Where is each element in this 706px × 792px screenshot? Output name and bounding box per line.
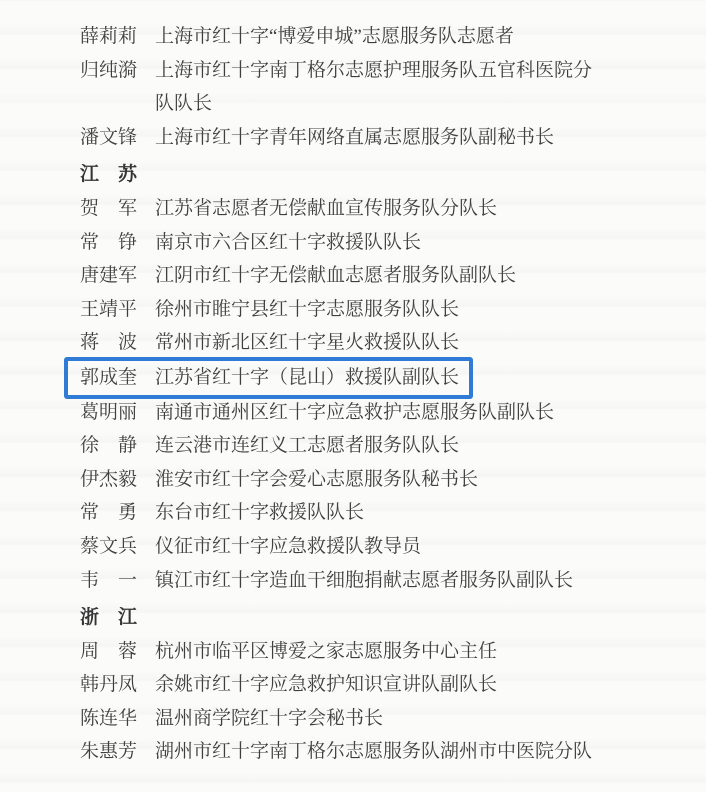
row-inner: 王靖平徐州市睢宁县红十字志愿服务队队长 — [80, 293, 678, 327]
entry-name: 常铮 — [80, 226, 137, 260]
row-inner: 常铮南京市六合区红十字救援队队长 — [80, 226, 678, 260]
entry-row: 周蓉杭州市临平区博爱之家志愿服务中心主任 — [80, 635, 678, 669]
entry-row: 潘文锋上海市红十字青年网络直属志愿服务队副秘书长 — [80, 121, 678, 155]
entry-row: 薛莉莉上海市红十字“博爱申城”志愿服务队志愿者 — [80, 20, 678, 54]
section-title: 江苏 — [80, 158, 137, 192]
rows: 薛莉莉上海市红十字“博爱申城”志愿服务队志愿者归纯漪上海市红十字南丁格尔志愿护理… — [80, 20, 678, 769]
highlight-box: 郭成奎江苏省红十字（昆山）救援队副队长 — [64, 357, 473, 399]
entry-row: 葛明丽南通市通州区红十字应急救护志愿服务队副队长 — [80, 396, 678, 430]
row-inner: 浙江 — [80, 601, 678, 635]
entry-row: 唐建军江阴市红十字无偿献血志愿者服务队副队长 — [80, 259, 678, 293]
section-header-row: 江苏 — [80, 158, 678, 192]
row-inner: 薛莉莉上海市红十字“博爱申城”志愿服务队志愿者 — [80, 20, 678, 54]
entry-row: 朱惠芳湖州市红十字南丁格尔志愿服务队湖州市中医院分队 — [80, 735, 678, 769]
entry-name: 薛莉莉 — [80, 20, 137, 54]
entry-description: 南通市通州区红十字应急救护志愿服务队副队长 — [155, 396, 554, 430]
entry-description: 上海市红十字南丁格尔志愿护理服务队五官科医院分 队队长 — [155, 54, 592, 121]
entry-row: 徐静连云港市连红义工志愿者服务队队长 — [80, 429, 678, 463]
row-inner: 江苏 — [80, 158, 678, 192]
entry-row: 伊杰毅淮安市红十字会爱心志愿服务队秘书长 — [80, 463, 678, 497]
entry-description: 仪征市红十字应急救援队教导员 — [155, 530, 421, 564]
entry-row: 蒋波常州市新北区红十字星火救援队队长 — [80, 326, 678, 360]
entry-row: 归纯漪上海市红十字南丁格尔志愿护理服务队五官科医院分 队队长 — [80, 54, 678, 121]
entry-name: 郭成奎 — [80, 361, 137, 395]
entry-name: 蔡文兵 — [80, 530, 137, 564]
entry-description: 常州市新北区红十字星火救援队队长 — [155, 326, 459, 360]
row-inner: 唐建军江阴市红十字无偿献血志愿者服务队副队长 — [80, 259, 678, 293]
entry-name: 潘文锋 — [80, 121, 137, 155]
entry-row: 郭成奎江苏省红十字（昆山）救援队副队长 — [80, 360, 678, 396]
entry-description: 上海市红十字“博爱申城”志愿服务队志愿者 — [155, 20, 514, 54]
entry-name: 韦一 — [80, 564, 137, 598]
row-inner: 潘文锋上海市红十字青年网络直属志愿服务队副秘书长 — [80, 121, 678, 155]
section-header-row: 浙江 — [80, 601, 678, 635]
entry-name: 周蓉 — [80, 635, 137, 669]
entry-row: 常勇东台市红十字救援队队长 — [80, 496, 678, 530]
entry-name: 朱惠芳 — [80, 735, 137, 769]
row-inner: 常勇东台市红十字救援队队长 — [80, 496, 678, 530]
entry-description: 淮安市红十字会爱心志愿服务队秘书长 — [155, 463, 478, 497]
entry-row: 韦一镇江市红十字造血干细胞捐献志愿者服务队副队长 — [80, 564, 678, 598]
section-title: 浙江 — [80, 601, 137, 635]
entry-name: 唐建军 — [80, 259, 137, 293]
entry-description: 杭州市临平区博爱之家志愿服务中心主任 — [155, 635, 497, 669]
entry-name: 伊杰毅 — [80, 463, 137, 497]
entry-description: 江苏省红十字（昆山）救援队副队长 — [155, 361, 459, 395]
entry-name: 陈连华 — [80, 702, 137, 736]
row-inner: 蒋波常州市新北区红十字星火救援队队长 — [80, 326, 678, 360]
entry-description: 温州商学院红十字会秘书长 — [155, 702, 383, 736]
entry-name: 葛明丽 — [80, 396, 137, 430]
entry-name: 贺军 — [80, 192, 137, 226]
entry-description: 上海市红十字青年网络直属志愿服务队副秘书长 — [155, 121, 554, 155]
row-inner: 伊杰毅淮安市红十字会爱心志愿服务队秘书长 — [80, 463, 678, 497]
entry-name: 王靖平 — [80, 293, 137, 327]
row-inner: 贺军江苏省志愿者无偿献血宣传服务队分队长 — [80, 192, 678, 226]
entry-description: 连云港市连红义工志愿者服务队队长 — [155, 429, 459, 463]
entry-description: 镇江市红十字造血干细胞捐献志愿者服务队副队长 — [155, 564, 573, 598]
entry-row: 王靖平徐州市睢宁县红十字志愿服务队队长 — [80, 293, 678, 327]
entry-row: 陈连华温州商学院红十字会秘书长 — [80, 702, 678, 736]
entry-row: 贺军江苏省志愿者无偿献血宣传服务队分队长 — [80, 192, 678, 226]
entry-name: 归纯漪 — [80, 54, 137, 88]
entry-description: 徐州市睢宁县红十字志愿服务队队长 — [155, 293, 459, 327]
row-inner: 蔡文兵仪征市红十字应急救援队教导员 — [80, 530, 678, 564]
document-page: 薛莉莉上海市红十字“博爱申城”志愿服务队志愿者归纯漪上海市红十字南丁格尔志愿护理… — [0, 0, 706, 792]
row-inner: 葛明丽南通市通州区红十字应急救护志愿服务队副队长 — [80, 396, 678, 430]
entry-name: 徐静 — [80, 429, 137, 463]
row-inner: 徐静连云港市连红义工志愿者服务队队长 — [80, 429, 678, 463]
row-inner: 周蓉杭州市临平区博爱之家志愿服务中心主任 — [80, 635, 678, 669]
entry-name: 蒋波 — [80, 326, 137, 360]
entry-description: 余姚市红十字应急救护知识宣讲队副队长 — [155, 668, 497, 702]
entry-name: 韩丹凤 — [80, 668, 137, 702]
entry-description: 江阴市红十字无偿献血志愿者服务队副队长 — [155, 259, 516, 293]
entry-description: 东台市红十字救援队队长 — [155, 496, 364, 530]
row-inner: 朱惠芳湖州市红十字南丁格尔志愿服务队湖州市中医院分队 — [80, 735, 678, 769]
entry-description: 南京市六合区红十字救援队队长 — [155, 226, 421, 260]
row-inner: 韦一镇江市红十字造血干细胞捐献志愿者服务队副队长 — [80, 564, 678, 598]
entry-row: 常铮南京市六合区红十字救援队队长 — [80, 226, 678, 260]
entry-name: 常勇 — [80, 496, 137, 530]
entry-row: 韩丹凤余姚市红十字应急救护知识宣讲队副队长 — [80, 668, 678, 702]
row-inner: 归纯漪上海市红十字南丁格尔志愿护理服务队五官科医院分 队队长 — [80, 54, 678, 121]
entry-row: 蔡文兵仪征市红十字应急救援队教导员 — [80, 530, 678, 564]
row-inner: 韩丹凤余姚市红十字应急救护知识宣讲队副队长 — [80, 668, 678, 702]
row-inner: 陈连华温州商学院红十字会秘书长 — [80, 702, 678, 736]
entry-description: 湖州市红十字南丁格尔志愿服务队湖州市中医院分队 — [155, 735, 592, 769]
entry-description: 江苏省志愿者无偿献血宣传服务队分队长 — [155, 192, 497, 226]
